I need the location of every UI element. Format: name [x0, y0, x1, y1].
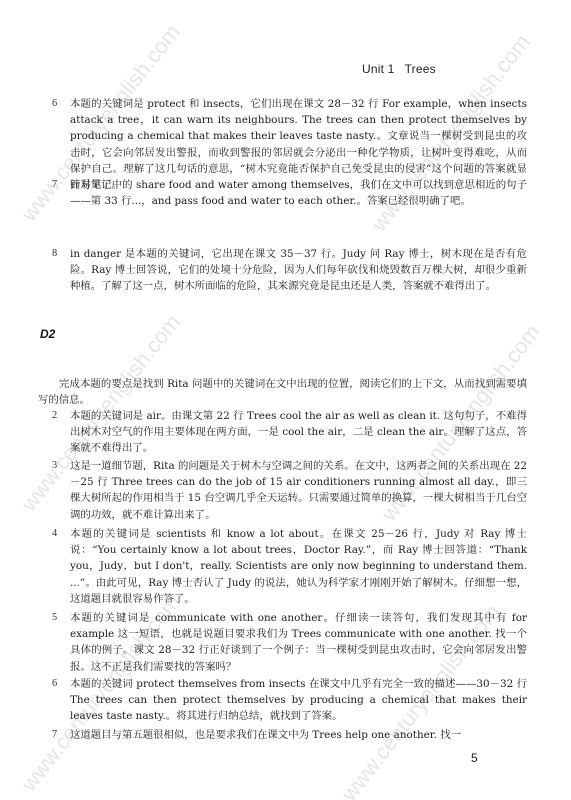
item-number: 2 [52, 408, 66, 424]
answer-item: 8 in danger 是本题的关键词，它出现在课文 35－37 行。Judy … [52, 246, 527, 295]
item-text: 这道题目与第五题很相似，也是要求我们在课文中为 Trees help one a… [70, 727, 527, 743]
answer-item: 4 本题的关键词是 scientists 和 know a lot about。… [52, 526, 527, 607]
item-number: 7 [52, 177, 66, 193]
item-number: 4 [52, 526, 66, 542]
section-label: D2 [40, 327, 55, 341]
unit-title: Trees [405, 62, 436, 76]
section-intro: 完成本题的要点是找到 Rita 问题中的关键词在文中出现的位置，阅读它们的上下文… [38, 376, 527, 408]
running-header: Unit 1Trees [362, 62, 436, 76]
item-number: 6 [52, 96, 66, 112]
answer-item: 7 针对笔记中的 share food and water among them… [52, 177, 527, 209]
item-text: 本题的关键词 protect themselves from insects 在… [70, 676, 527, 725]
unit-label: Unit 1 [362, 62, 395, 76]
item-number: 3 [52, 458, 66, 474]
answer-item: 2 本题的关键词是 air。由课文第 22 行 Trees cool the a… [52, 408, 527, 457]
item-number: 8 [52, 246, 66, 262]
item-number: 6 [52, 676, 66, 692]
document-page: www.centuryenglish.com www.centuryenglis… [0, 0, 571, 800]
item-number: 7 [52, 727, 66, 743]
answer-item: 5 本题的关键词是 communicate with one another。仔… [52, 610, 527, 675]
item-text: 本题的关键词是 air。由课文第 22 行 Trees cool the air… [70, 408, 527, 457]
item-number: 5 [52, 610, 66, 626]
item-text: 这是一道细节题，Rita 的问题是关于树木与空调之间的关系。在文中，这两者之间的… [70, 458, 527, 523]
item-text: in danger 是本题的关键词，它出现在课文 35－37 行。Judy 问 … [70, 246, 527, 295]
answer-item: 6 本题的关键词 protect themselves from insects… [52, 676, 527, 725]
answer-item: 7 这道题目与第五题很相似，也是要求我们在课文中为 Trees help one… [52, 727, 527, 743]
item-text: 针对笔记中的 share food and water among themse… [70, 177, 527, 209]
item-text: 本题的关键词是 scientists 和 know a lot about。在课… [70, 526, 527, 607]
page-number: 5 [471, 751, 478, 765]
answer-item: 3 这是一道细节题，Rita 的问题是关于树木与空调之间的关系。在文中，这两者之… [52, 458, 527, 523]
item-text: 本题的关键词是 communicate with one another。仔细读… [70, 610, 527, 675]
